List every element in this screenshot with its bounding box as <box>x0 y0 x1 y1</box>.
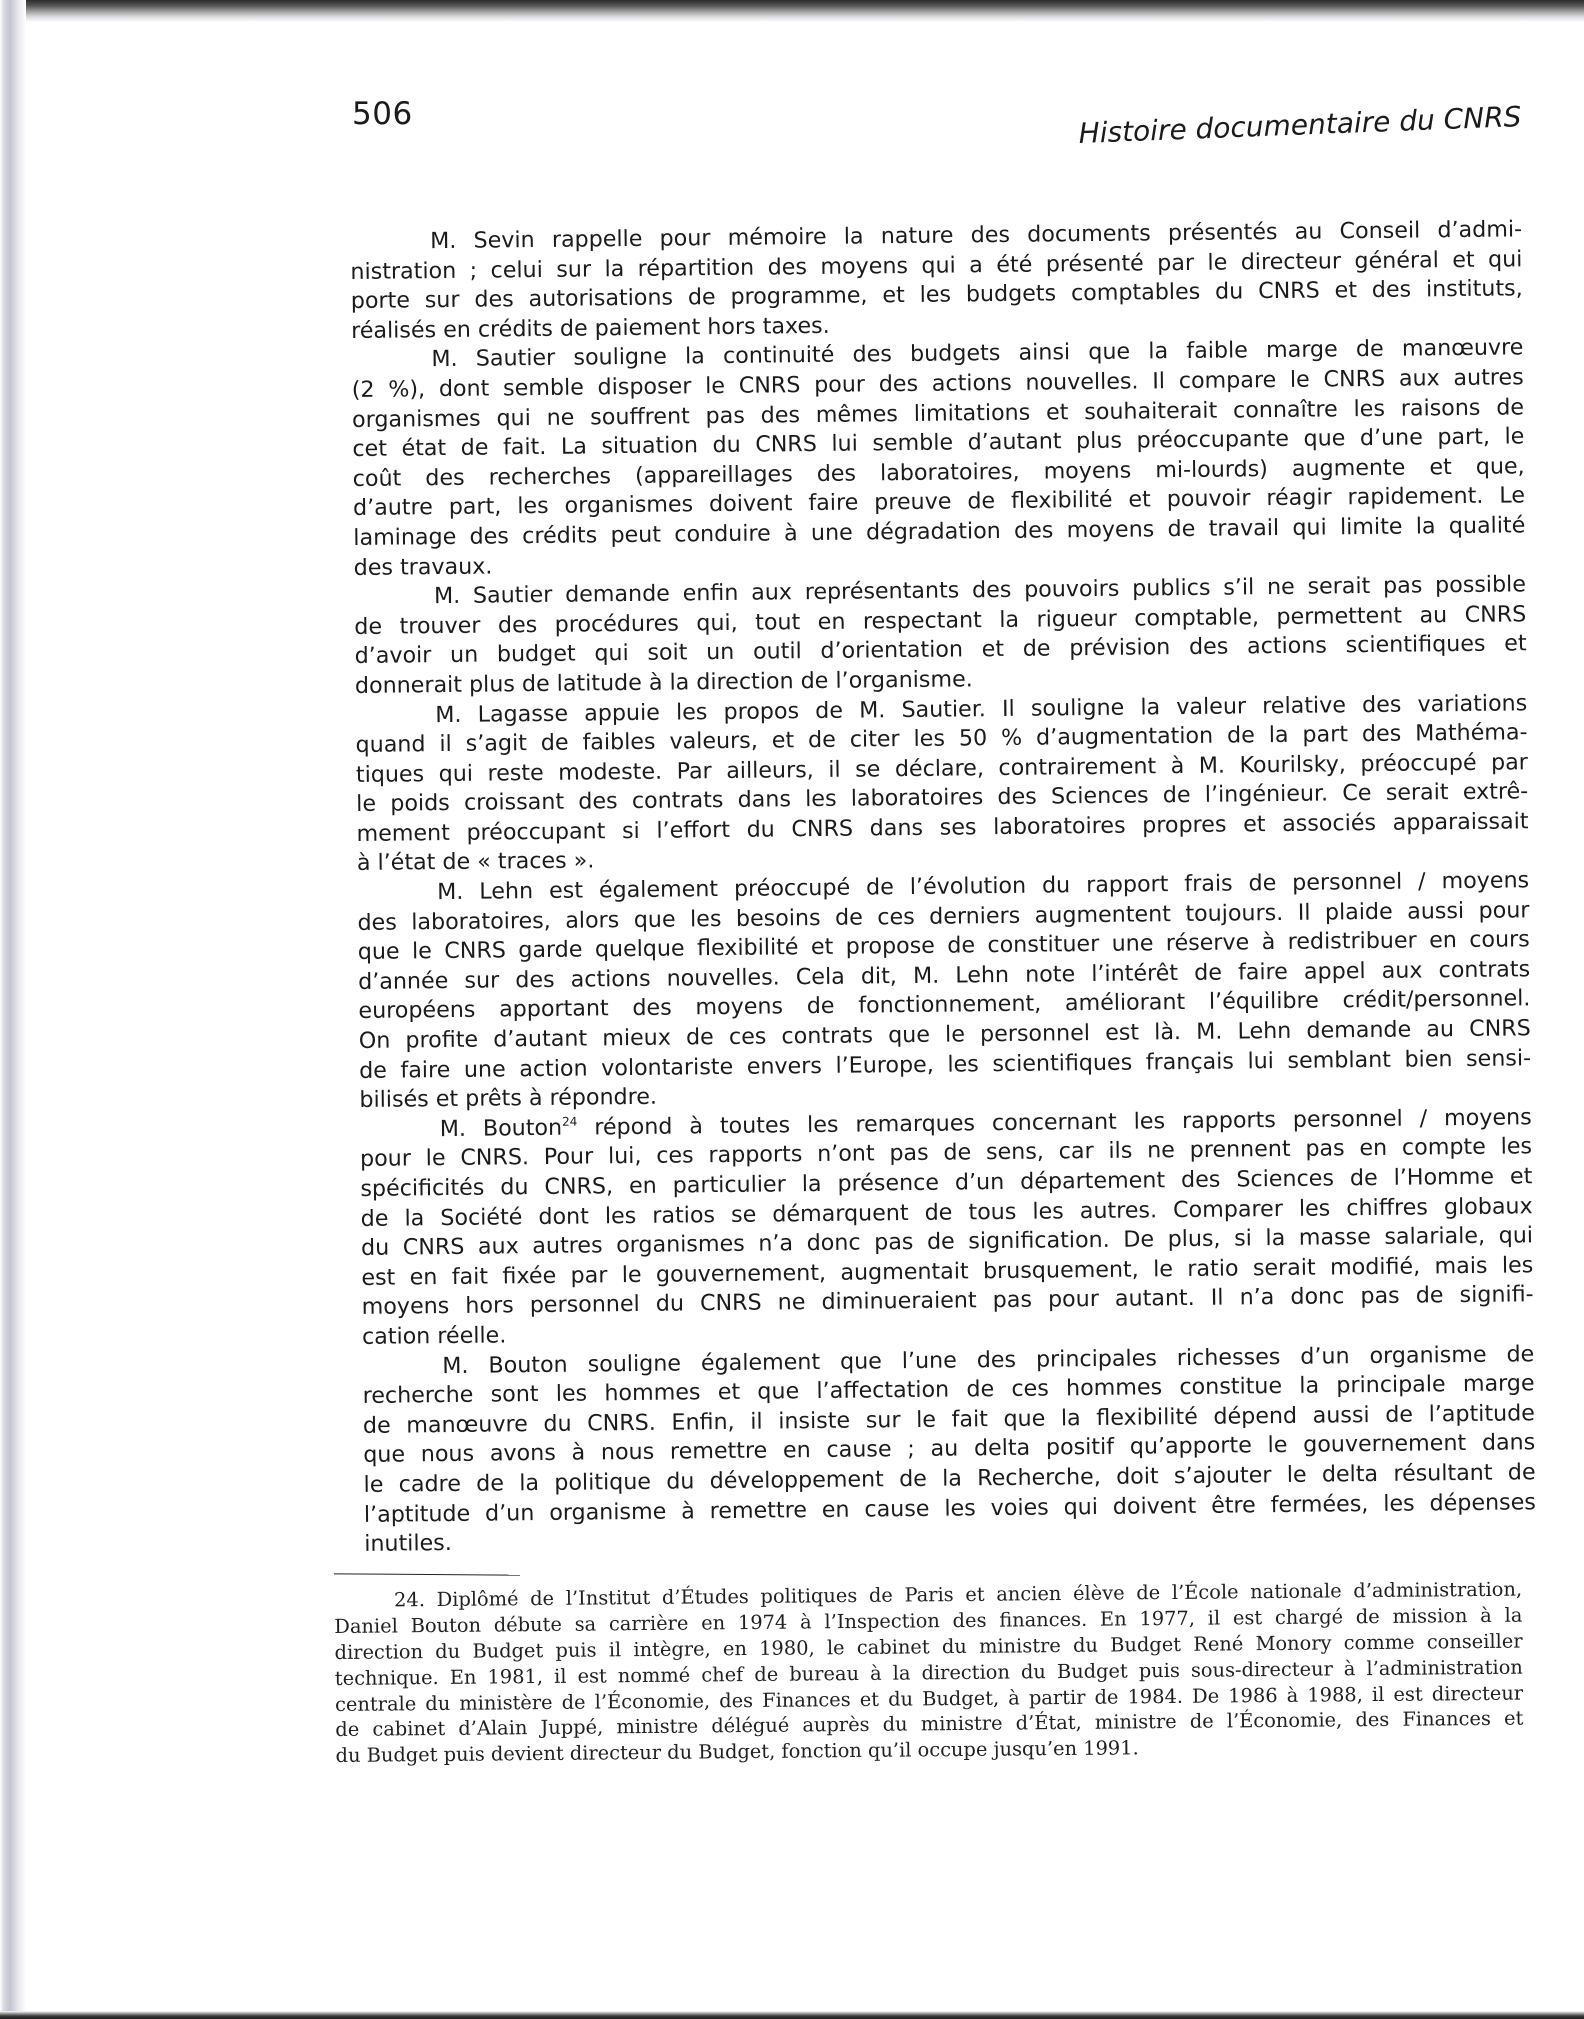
paragraph-sautier-2: M. Sautier demande enfin aux représentan… <box>354 570 1527 701</box>
footnotes: 24. Diplômé de l’Institut d’Études polit… <box>334 1577 1524 1770</box>
book-page: 506 Histoire documentaire du CNRS M. Sev… <box>0 0 1584 2019</box>
text-run: M. Bouton <box>440 1115 563 1142</box>
footnote-separator <box>334 1573 520 1575</box>
running-head: 506 Histoire documentaire du CNRS <box>352 96 1522 140</box>
paragraph-sevin: M. Sevin rappelle pour mémoire la nature… <box>350 215 1523 346</box>
footnote-24: 24. Diplômé de l’Institut d’Études polit… <box>334 1577 1524 1770</box>
paragraph-sautier-1: M. Sautier souligne la continuité des bu… <box>351 334 1525 583</box>
footnote-number: 24. <box>394 1588 425 1611</box>
paragraph-lehn: M. Lehn est également préoccupé de l’évo… <box>357 866 1531 1115</box>
body-text: M. Sevin rappelle pour mémoire la nature… <box>350 215 1536 1559</box>
paragraph-bouton-2: M. Bouton souligne également que l’une d… <box>362 1340 1536 1560</box>
paragraph-lagasse: M. Lagasse appuie les propos de M. Sauti… <box>355 689 1529 879</box>
book-title: Histoire documentaire du CNRS <box>1078 100 1522 150</box>
page-number: 506 <box>352 96 413 132</box>
footnote-reference[interactable]: 24 <box>562 1114 577 1128</box>
paragraph-bouton-1: M. Bouton24 répond à toutes les remarque… <box>360 1103 1534 1352</box>
